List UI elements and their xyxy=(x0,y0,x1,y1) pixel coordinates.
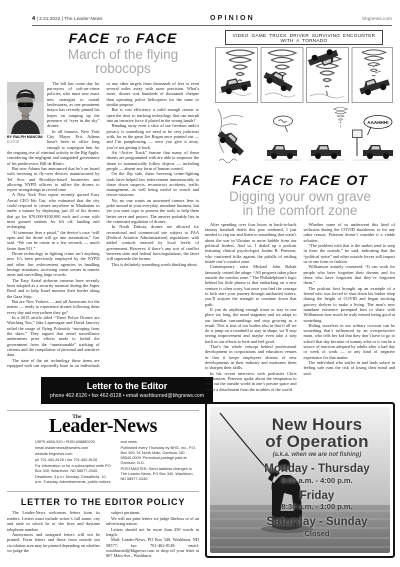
issue-date: 3.31.2022 xyxy=(39,17,60,22)
kicker-word: FACE xyxy=(69,30,110,46)
ad-title-line: of Operation xyxy=(248,433,386,450)
paragraph: In North Dakota, drones are allowed for … xyxy=(107,224,200,261)
letter-policy-text: The Leader-News welcomes letters from it… xyxy=(7,510,199,558)
cartoon-panel-6 xyxy=(265,116,301,160)
paragraph: email leadernews@westriv.com xyxy=(35,446,112,451)
paragraph: The podcast host brought up an example o… xyxy=(304,286,396,323)
page-number: 4 xyxy=(32,16,35,22)
cartoon-panel-4 xyxy=(352,48,393,103)
paragraph: In a 2015 article titled “These Police D… xyxy=(7,315,100,358)
right-article-body: After spending over four hours in back-t… xyxy=(205,222,395,396)
paragraph: ph 701-462-8126 • fax 701-462-8128 xyxy=(35,458,112,463)
letter-box-title: Letter to the Editor xyxy=(43,381,211,391)
kicker-word: FACE xyxy=(300,172,341,188)
byline-role: EDITOR xyxy=(7,140,44,144)
ad-hours-3: Closed xyxy=(248,529,386,538)
paragraph: But are New Yorkers — and all Americans … xyxy=(7,299,100,315)
paragraph: On the flip side, these hovering crime-f… xyxy=(107,171,200,198)
paragraph: A New York Post report recently quoted E… xyxy=(7,192,100,229)
paragraph: website bhgnews.com xyxy=(35,452,112,457)
paragraph: Contemporary artist Michael John Bobak f… xyxy=(205,264,297,307)
ad-hours-2: 8:30 a.m. - 1:00 p.m. xyxy=(248,502,386,511)
letter-policy-heading: LETTER TO THE EDITOR POLICY xyxy=(7,497,199,507)
paragraph: Whether some of us underwent this kind o… xyxy=(304,222,396,243)
paragraph: The Easy Aerial airborne cameras have re… xyxy=(7,278,100,299)
letter-box-contact: phone 462-8126 • fax 462-8128 • email wa… xyxy=(43,393,211,399)
masthead-info-col2: and news.Published every Thursday by BHG… xyxy=(121,440,198,485)
cartoon-panel-3 xyxy=(307,47,349,102)
hours-advertisement: New Hours of Operation (a.k.a. when we a… xyxy=(205,402,395,558)
letter-to-editor-box: Letter to the Editor phone 462-8126 • fa… xyxy=(41,377,213,405)
paragraph: An “Active Track” feature that many of t… xyxy=(107,150,200,171)
paragraph: “The problem with that is the snakes ten… xyxy=(304,243,396,264)
ad-subtitle: (a.k.a. when we are not fishing) xyxy=(248,452,386,458)
masthead-logo-the: The xyxy=(72,414,81,420)
divider-rule xyxy=(7,410,199,411)
ad-title: New Hours of Operation xyxy=(248,416,386,451)
cartoon-panel-8: AAAHHH! xyxy=(353,116,394,161)
paragraph: “If someone fires a pistol,” the device’… xyxy=(7,230,100,251)
paragraph: If you do anything enough times or stay … xyxy=(205,307,297,344)
kicker-word: TO xyxy=(115,35,130,46)
policy-col2: subject pertinent.We will not print lett… xyxy=(106,510,199,558)
columnist-photo-block: BY RALPH MANCINI EDITOR xyxy=(7,82,44,144)
paragraph: In his recent interview with podcaster C… xyxy=(205,371,297,392)
page-header: 4 | 3.31.2022 | The Leader-News OPINION … xyxy=(32,15,392,26)
hours-ad-inner: New Hours of Operation (a.k.a. when we a… xyxy=(210,407,390,553)
paragraph: The individual who settles in and finds … xyxy=(304,360,396,376)
speech-bubble-small xyxy=(274,116,293,132)
byline: BY RALPH MANCINI EDITOR xyxy=(7,135,44,144)
kicker-word: TO xyxy=(279,177,294,188)
road-sign xyxy=(353,130,363,156)
paragraph: Anonymous and unsigned letters will not … xyxy=(7,532,100,553)
paragraph: Mail: Leader-News, PO Box 340, Washburn,… xyxy=(106,537,199,558)
paragraph: POSTMASTER: Send address changes to The … xyxy=(121,467,198,482)
paragraph: Deadlines: 3 p.m. Monday. Classifieds, 1… xyxy=(35,475,112,485)
speech-bubble-aaahhh: AAAHHH! xyxy=(364,116,392,136)
byline-author: BY RALPH MANCINI xyxy=(7,135,44,140)
paragraph: and news. xyxy=(121,440,198,445)
hours-ad-text: New Hours of Operation (a.k.a. when we a… xyxy=(210,407,390,538)
section-label: OPINION xyxy=(210,15,255,22)
masthead-info-col1: USPS #666-920 • ISSN #08880220email lead… xyxy=(35,440,112,485)
editorial-cartoon: AAAHHH! xyxy=(215,47,393,169)
cartoon-panel-1 xyxy=(216,48,258,103)
left-article-body: BY RALPH MANCINI EDITOR The bill has com… xyxy=(7,81,199,371)
paper-name: The Leader-News xyxy=(64,17,102,22)
title-line: in the comfort zone xyxy=(205,204,395,218)
paragraph: Williamson astutely countered: “It can w… xyxy=(304,264,396,285)
paragraph: That’s the whole concept behind professi… xyxy=(205,344,297,371)
cartoon-panel-7 xyxy=(309,108,348,161)
right-article-kicker: FACE TO FACE OT xyxy=(205,172,395,190)
right-article-title: Digging your own grave in the comfort zo… xyxy=(205,190,395,219)
left-article-title: March of the flying robocops xyxy=(7,48,199,77)
paragraph: Letters should not be more than 250 word… xyxy=(106,527,199,538)
cartoon-panel-2 xyxy=(261,48,303,103)
ad-days-3: Saturday - Sunday xyxy=(248,516,386,528)
newspaper-opinion-page: 4 | 3.31.2022 | The Leader-News OPINION … xyxy=(0,0,400,567)
bubble-text: AAAHHH! xyxy=(367,120,389,125)
kicker-word: FACE xyxy=(136,30,177,46)
paragraph: After spending over four hours in back-t… xyxy=(205,222,297,265)
letter-policy-section: LETTER TO THE EDITOR POLICY The Leader-N… xyxy=(7,497,199,558)
ad-title-line: New Hours xyxy=(248,416,386,433)
website-url: bhgnews.com xyxy=(362,17,392,22)
masthead-logo: The Leader-News xyxy=(7,415,199,438)
paragraph: No, no one wants an unwanted camera lens… xyxy=(107,198,200,225)
ad-hours-1: 8:00 a.m. - 4:00 p.m. xyxy=(248,476,386,485)
kicker-word: OT xyxy=(346,172,367,188)
columnist-headshot-photo xyxy=(7,82,44,134)
policy-col1: The Leader-News welcomes letters from it… xyxy=(7,510,100,558)
masthead-info: USPS #666-920 • ISSN #08880220email lead… xyxy=(7,438,199,485)
cartoon-caption: VIDEO GAME TRUCK DRIVER SURVIVING ENCOUN… xyxy=(225,30,383,45)
paragraph: This is definitely something worth think… xyxy=(107,262,200,267)
paragraph: But is cost efficiency a valid enough re… xyxy=(107,107,200,123)
kicker-word: FACE xyxy=(232,172,273,188)
paragraph: For information or for a subscription wr… xyxy=(35,464,112,474)
masthead: The Leader-News USPS #666-920 • ISSN #08… xyxy=(7,415,199,485)
paragraph: Drone technology in fighting crime isn’t… xyxy=(7,251,100,278)
right-column: VIDEO GAME TRUCK DRIVER SURVIVING ENCOUN… xyxy=(205,28,395,558)
paragraph: Published every Thursday by BHG, Inc., P… xyxy=(121,446,198,466)
folio-line: 4 | 3.31.2022 | The Leader-News xyxy=(32,16,102,22)
paragraph: But now Adams has announced that he’s on… xyxy=(7,166,100,193)
left-column: FACE TO FACE March of the flying robocop… xyxy=(7,30,199,559)
paragraph: We will not print letters we judge libel… xyxy=(106,516,199,527)
paragraph: Holing ourselves in our solitary cocoons… xyxy=(304,323,396,360)
paragraph: Handing away even a slice of our freedom… xyxy=(107,123,200,150)
cartoon-panel-5 xyxy=(216,109,248,163)
ad-days-2: Friday xyxy=(248,490,386,502)
masthead-logo-name: Leader-News xyxy=(49,415,157,437)
ad-days-1: Monday - Thursday xyxy=(248,463,386,475)
paragraph: The Leader-News welcomes letters from it… xyxy=(7,510,100,531)
title-line: Digging your own grave xyxy=(205,190,395,204)
cartoonist-signature xyxy=(219,159,237,163)
paragraph: USPS #666-920 • ISSN #08880220 xyxy=(35,440,112,445)
divider-rule xyxy=(7,491,199,492)
left-article-kicker: FACE TO FACE xyxy=(7,30,199,48)
